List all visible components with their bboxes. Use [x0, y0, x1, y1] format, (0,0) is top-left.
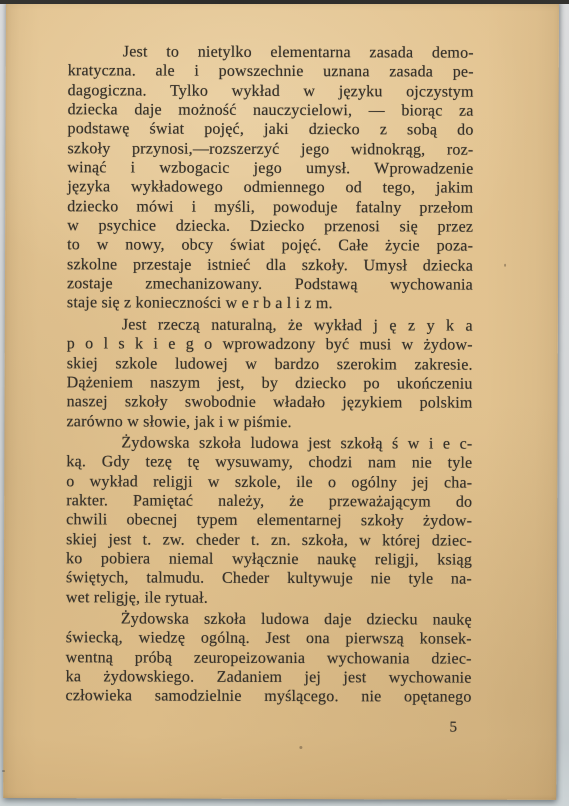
- text-line: p o l s k i e g o wprowadzony być musi w…: [67, 334, 473, 355]
- text-line: winąć i wzbogacic jego umysł. Wprowadzen…: [67, 158, 473, 179]
- text-line: świecką, wiedzę ogólną. Jest ona pierwsz…: [66, 629, 472, 650]
- paragraph-2: Jest rzeczą naturalną, że wykład j ę z y…: [66, 315, 472, 432]
- scanner-speck: [2, 770, 5, 772]
- text-line: chwili obecnej typem elementarnej szkoły…: [66, 510, 472, 531]
- text-line: skiej jest t. zw. cheder t. zn. szkoła, …: [66, 530, 472, 551]
- text-line: świętych, talmudu. Cheder kultywuje nie …: [66, 568, 472, 589]
- text-line: szkolne przestaje istnieć dla szkoły. Um…: [67, 255, 473, 276]
- paper-speck: [504, 264, 506, 267]
- text-line: wentną próbą zeuropeizowania wychowania …: [66, 648, 472, 669]
- text-line: dziecko mówi i myśli, powoduje fatalny p…: [67, 197, 473, 218]
- text-line: naszej szkoły swobodnie władało językiem…: [67, 392, 473, 413]
- text-line: to w nowy, obcy świat pojęć. Całe życie …: [67, 236, 473, 257]
- text-line: wet religję, ile rytuał.: [66, 588, 472, 609]
- paragraph-4: Żydowska szkoła ludowa daje dziecku nauk…: [66, 609, 472, 707]
- scan-dark-top-edge: [0, 0, 569, 4]
- text-line: Żydowska szkoła ludowa daje dziecku nauk…: [66, 609, 472, 630]
- text-line: kratyczna. ale i powszechnie uznana zasa…: [68, 62, 474, 83]
- text-line: ka żydowskiego. Zadaniem jej jest wychow…: [66, 667, 472, 688]
- text-line: podstawę świat pojęć, jaki dziecko z sob…: [68, 120, 474, 141]
- paper-speck: [299, 746, 302, 749]
- text-line: szkoły przynosi,—rozszerzyć jego widnokr…: [67, 139, 473, 160]
- text-line: człowieka samodzielnie myślącego. nie op…: [66, 687, 472, 708]
- text-line: Żydowska szkoła ludowa jest szkołą ś w i…: [66, 433, 472, 454]
- text-line: w psychice dziecka. Dziecko przenosi się…: [67, 216, 473, 237]
- page-number: 5: [449, 720, 457, 737]
- book-page: Jest to nietylko elementarna zasada demo…: [3, 0, 559, 800]
- text-line: ką. Gdy tezę tę wysuwamy, chodzi nam nie…: [66, 452, 472, 473]
- text-line: dziecka daje możność nauczycielowi, — bi…: [68, 100, 474, 121]
- text-line: zostaje zmechanizowany. Podstawą wychowa…: [67, 274, 473, 295]
- text-line: Jest to nietylko elementarna zasada demo…: [68, 42, 474, 63]
- text-line: ko pobiera niemal wyłącznie naukę religj…: [66, 549, 472, 570]
- text-line: staje się z konieczności w e r b a l i z…: [67, 294, 473, 315]
- paragraph-3: Żydowska szkoła ludowa jest szkołą ś w i…: [66, 433, 473, 609]
- text-line: rakter. Pamiętać należy, że przeważający…: [66, 491, 472, 512]
- text-line: dagogiczna. Tylko wykład w języku ojczys…: [68, 81, 474, 102]
- paragraph-1: Jest to nietylko elementarna zasada demo…: [67, 42, 474, 314]
- text-line: Jest rzeczą naturalną, że wykład j ę z y…: [67, 315, 473, 336]
- text-line: skiej szkole ludowej w bardzo szerokim z…: [67, 354, 473, 375]
- text-line: Dążeniem naszym jest, by dziecko po ukoń…: [67, 373, 473, 394]
- page-text-block: Jest to nietylko elementarna zasada demo…: [66, 42, 474, 707]
- text-line: zarówno w słowie, jak i w piśmie.: [66, 412, 472, 433]
- text-line: języka wykładowego odmiennego od tego, j…: [67, 178, 473, 199]
- text-line: o wykład religji w szkole, ile o ogólny …: [66, 472, 472, 493]
